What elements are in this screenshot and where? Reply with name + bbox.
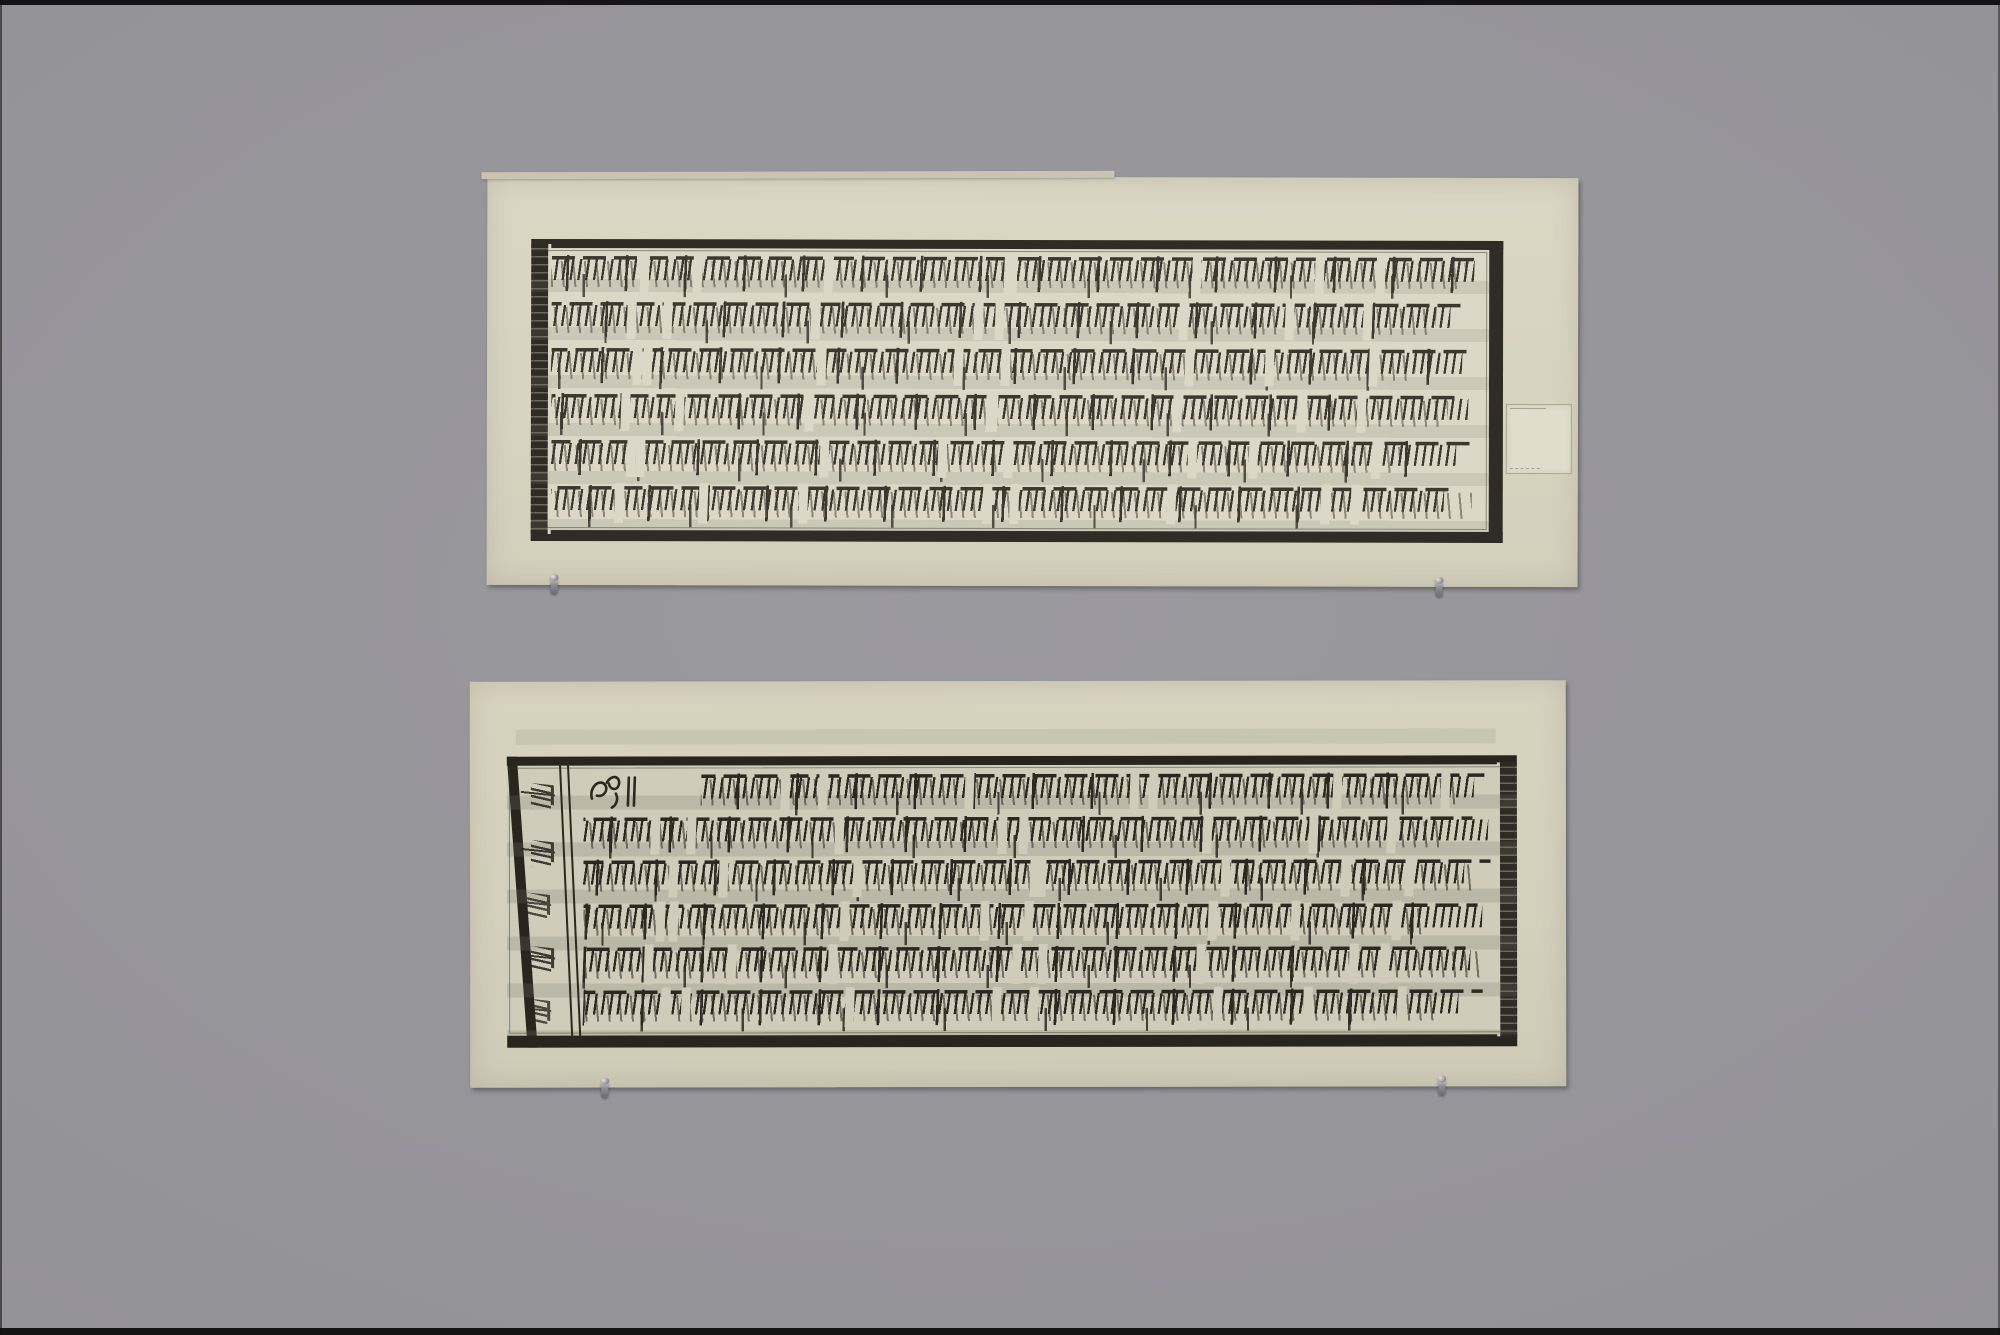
script-line bbox=[583, 772, 1493, 809]
script-line bbox=[583, 988, 1493, 1025]
script-line bbox=[583, 859, 1493, 896]
script-line bbox=[551, 255, 1477, 293]
top-folio-text-area bbox=[551, 255, 1478, 523]
margin-column bbox=[517, 766, 569, 1036]
left-hatched-border bbox=[531, 244, 552, 534]
script-line bbox=[551, 393, 1477, 431]
bottom-folio-text-area bbox=[583, 772, 1493, 1025]
bottom-folio-text-block bbox=[507, 755, 1517, 1047]
margin-glyph bbox=[521, 839, 555, 869]
right-hatched-border bbox=[1497, 762, 1517, 1036]
script-line bbox=[551, 485, 1477, 523]
blank-label-tab bbox=[1506, 404, 1572, 474]
margin-glyph bbox=[521, 782, 555, 812]
top-folio bbox=[487, 176, 1579, 587]
bottom-folio bbox=[470, 680, 1567, 1088]
photo-frame-top bbox=[0, 0, 2000, 5]
mounting-pin bbox=[1438, 1078, 1445, 1095]
mounting-pin bbox=[551, 577, 558, 594]
margin-divider-double-line bbox=[559, 762, 582, 1042]
script-line bbox=[583, 902, 1493, 939]
yig-mgo-head-mark bbox=[585, 772, 639, 816]
margin-glyph bbox=[525, 998, 551, 1027]
photo-of-tibetan-folios bbox=[0, 0, 2000, 1335]
script-line bbox=[583, 816, 1493, 853]
margin-glyph bbox=[525, 892, 551, 921]
script-line bbox=[583, 945, 1493, 982]
margin-glyph bbox=[521, 945, 555, 975]
top-folio-text-block bbox=[531, 239, 1504, 543]
script-line bbox=[551, 301, 1477, 339]
mounting-pin bbox=[1436, 580, 1443, 597]
script-line bbox=[551, 347, 1477, 385]
photo-frame-bottom bbox=[0, 1328, 2000, 1335]
script-line bbox=[551, 439, 1477, 477]
photo-frame-left bbox=[0, 0, 2, 1335]
mounting-pin bbox=[601, 1081, 608, 1098]
